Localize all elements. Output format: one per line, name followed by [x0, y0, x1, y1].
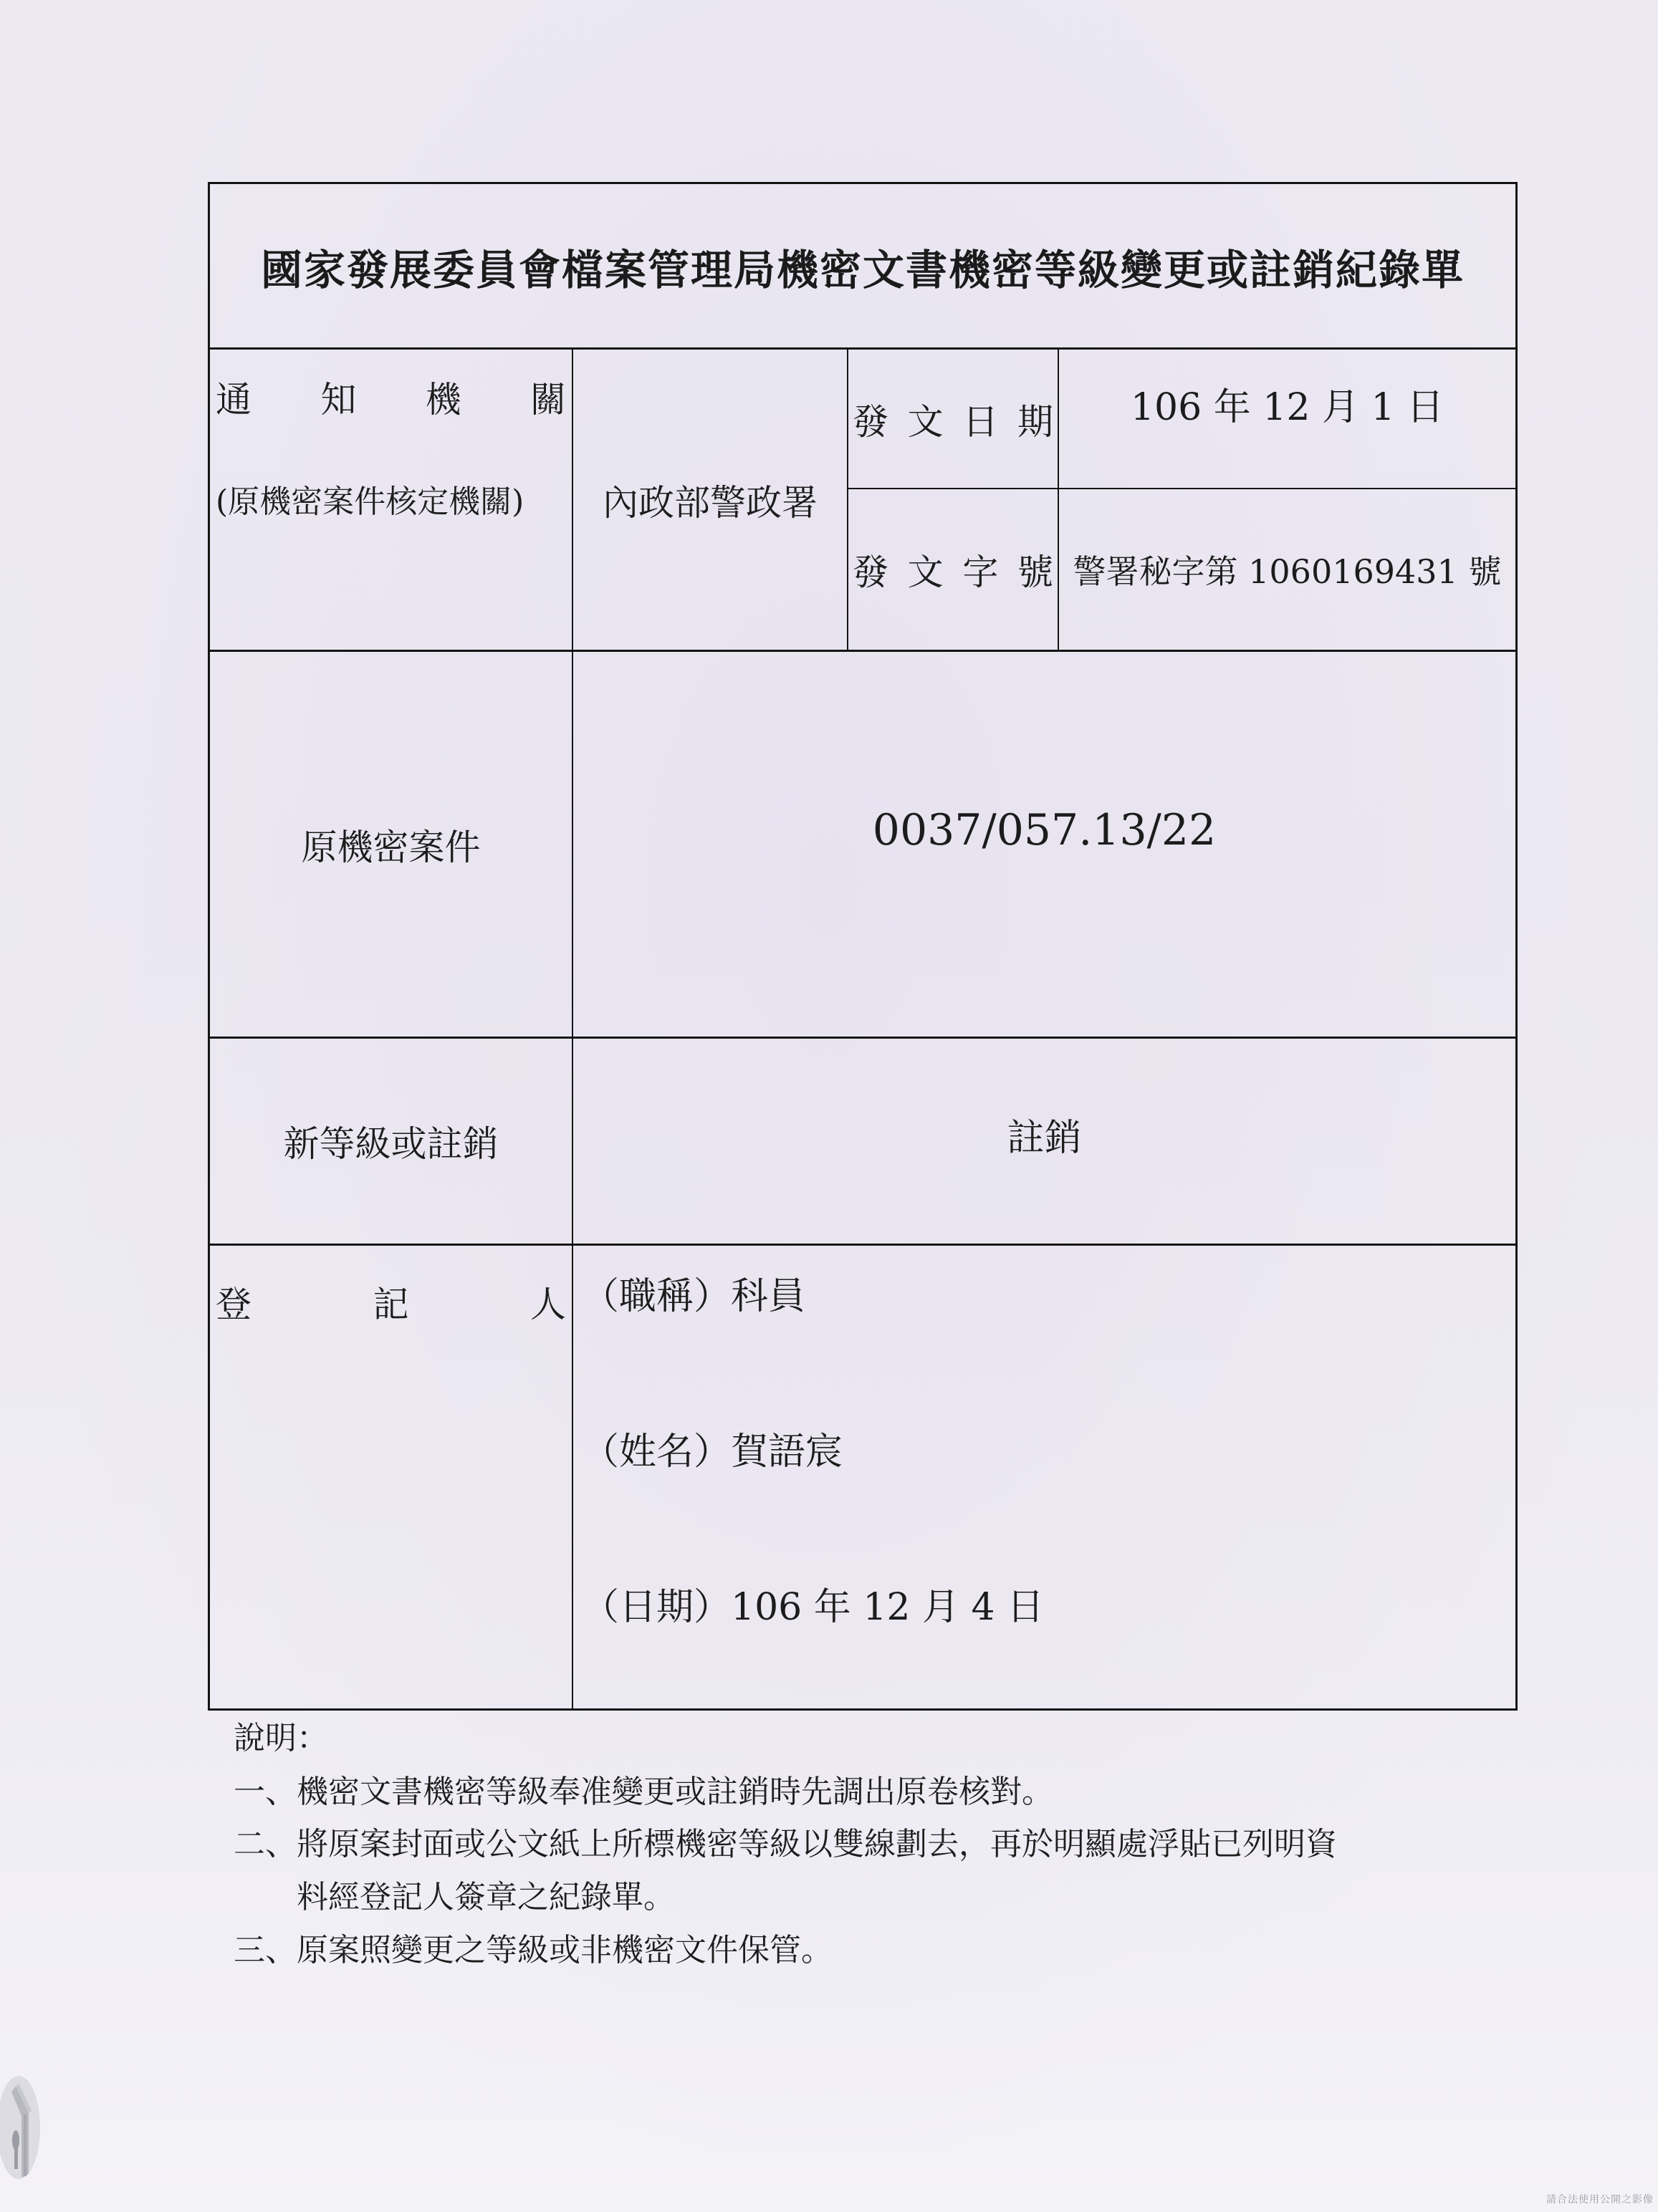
note-item-3: 三、原案照變更之等級或非機密文件保管。	[234, 1935, 833, 1966]
registrar-date-label: （日期）	[582, 1586, 731, 1629]
usage-watermark: 請合法使用公開之影像	[1546, 2192, 1654, 2206]
original-case-label: 原機密案件	[210, 652, 572, 1037]
registrar-label: 登 記 人	[216, 1276, 566, 1319]
issue-date-label-cell: 發 文 日 期	[848, 350, 1058, 488]
notifying-agency-label: 通 知 機 關	[216, 371, 566, 423]
registrar-name-row: （姓名）賀語宸	[582, 1421, 1515, 1577]
issue-number-value: 警署秘字第 1060169431 號	[1059, 489, 1515, 650]
registrar-name-value: 賀語宸	[731, 1430, 843, 1473]
registrar-label-cell: 登 記 人	[210, 1246, 572, 1708]
record-form-table: 國家發展委員會檔案管理局機密文書機密等級變更或註銷紀錄單 通 知 機 關 (原機…	[208, 182, 1518, 1711]
issue-date-label: 發 文 日 期	[853, 393, 1053, 445]
registrar-date-value: 106 年 12 月 4 日	[731, 1586, 1044, 1629]
original-case-value: 0037/057.13/22	[573, 652, 1515, 1037]
notifying-agency-sublabel: (原機密案件核定機關)	[216, 476, 566, 521]
note-item-2: 二、將原案封面或公文紙上所標機密等級以雙線劃去，再於明顯處浮貼已列明資	[234, 1829, 1337, 1860]
registrar-title-row: （職稱）科員	[582, 1266, 1515, 1421]
issue-date-value: 106 年 12 月 1 日	[1059, 350, 1515, 457]
archives-book-logo-icon	[0, 2070, 43, 2185]
registrar-date-row: （日期）106 年 12 月 4 日	[582, 1577, 1515, 1630]
notifying-agency-label-cell: 通 知 機 關 (原機密案件核定機關)	[210, 350, 572, 650]
registrar-details-cell: （職稱）科員 （姓名）賀語宸 （日期）106 年 12 月 4 日	[573, 1246, 1515, 1708]
notes-heading: 說明：	[234, 1723, 328, 1754]
issue-number-label: 發 文 字 號	[853, 544, 1053, 595]
registrar-title-label: （職稱）	[582, 1275, 731, 1318]
note-item-2-cont: 料經登記人簽章之紀錄單。	[234, 1882, 675, 1913]
form-title: 國家發展委員會檔案管理局機密文書機密等級變更或註銷紀錄單	[210, 184, 1515, 349]
registrar-title-value: 科員	[731, 1275, 805, 1318]
new-level-value: 註銷	[573, 1039, 1515, 1244]
new-level-label: 新等級或註銷	[210, 1039, 572, 1244]
note-item-1: 一、機密文書機密等級奉准變更或註銷時先調出原卷核對。	[234, 1776, 1053, 1808]
notifying-agency-value: 內政部警政署	[573, 350, 847, 650]
registrar-name-label: （姓名）	[582, 1430, 731, 1473]
issue-number-label-cell: 發 文 字 號	[848, 489, 1058, 650]
